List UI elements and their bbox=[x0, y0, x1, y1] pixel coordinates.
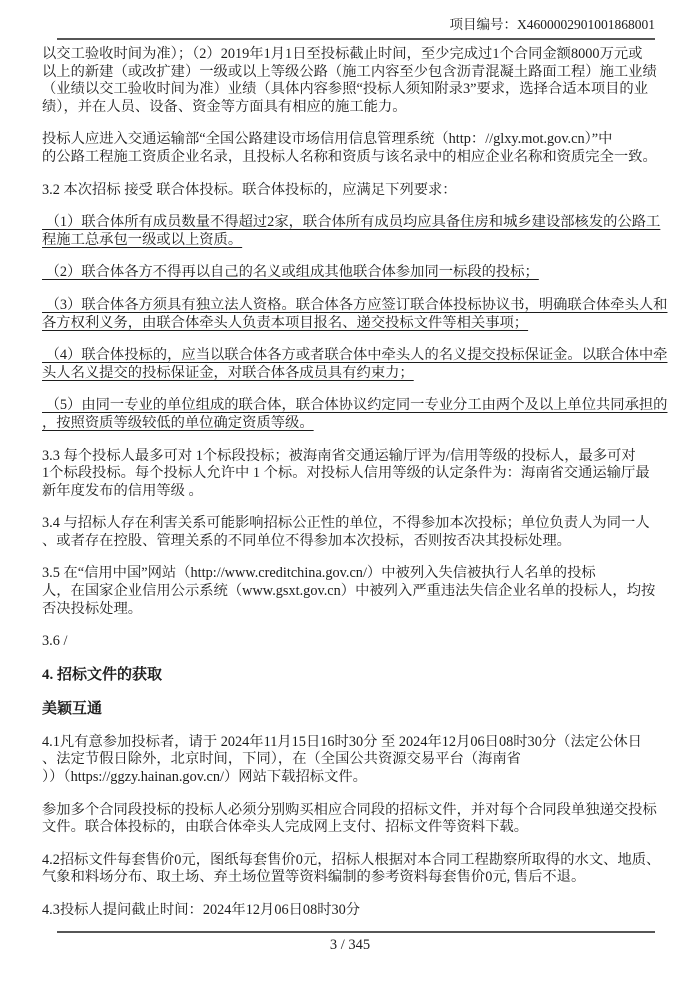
para-continued-qualification: 以交工验收时间为准）；（2）2019年1月1日至投标截止时间，至少完成过1个合同… bbox=[42, 46, 694, 116]
clause-3-2-jv-bidding: 3.2 本次招标 接受 联合体投标。联合体投标的，应满足下列要求： bbox=[42, 182, 694, 200]
clause-4-3-question-deadline: 4.3投标人提问截止时间：2024年12月06日08时30分 bbox=[42, 902, 694, 920]
clause-3-2-item-5: （5）由同一专业的单位组成的联合体，联合体协议约定同一专业分工由两个及以上单位共… bbox=[42, 397, 694, 432]
para-credit-info-system: 投标人应进入交通运输部“全国公路建设市场信用信息管理系统（http：//glxy… bbox=[42, 131, 694, 166]
clause-3-4-conflict-of-interest: 3.4 与招标人存在利害关系可能影响招标公正性的单位，不得参加本次投标；单位负责… bbox=[42, 515, 694, 550]
clause-3-6: 3.6 / bbox=[42, 633, 694, 651]
project-number-value: X4600002901001868001 bbox=[517, 17, 655, 32]
clause-3-2-item-3: （3）联合体各方须具有独立法人资格。联合体各方应签订联合体投标协议书，明确联合体… bbox=[42, 297, 694, 332]
document-page: 项目编号：X4600002901001868001 以交工验收时间为准）；（2）… bbox=[0, 0, 700, 990]
clause-3-3-bid-limit: 3.3 每个投标人最多可对 1个标段投标；被海南省交通运输厅评为/信用等级的投标… bbox=[42, 448, 694, 501]
page-header: 项目编号：X4600002901001868001 bbox=[57, 16, 655, 40]
clause-3-2-item-4: （4）联合体投标的，应当以联合体各方或者联合体中牵头人的名义提交投标保证金。以联… bbox=[42, 347, 694, 382]
clause-4-1-document-download: 4.1凡有意参加投标者，请于 2024年11月15日16时30分 至 2024年… bbox=[42, 734, 694, 787]
meiying-interchange-heading: 美颖互通 bbox=[42, 700, 694, 719]
clause-3-5-credit-blacklist: 3.5 在“信用中国”网站（http://www.creditchina.gov… bbox=[42, 565, 694, 618]
page-number: 3 / 345 bbox=[0, 936, 700, 954]
document-body: 以交工验收时间为准）；（2）2019年1月1日至投标截止时间，至少完成过1个合同… bbox=[42, 46, 694, 935]
project-number-label: 项目编号： bbox=[450, 17, 518, 32]
clause-4-2-document-price: 4.2招标文件每套售价0元，图纸每套售价0元，招标人根据对本合同工程勘察所取得的… bbox=[42, 852, 694, 887]
para-multi-contract-sections: 参加多个合同段投标的投标人必须分别购买相应合同段的招标文件，并对每个合同段单独递… bbox=[42, 802, 694, 837]
footer-divider bbox=[57, 931, 655, 933]
section-4-heading: 4. 招标文件的获取 bbox=[42, 666, 694, 685]
clause-3-2-item-1: （1）联合体所有成员数量不得超过2家，联合体所有成员均应具备住房和城乡建设部核发… bbox=[42, 214, 694, 249]
clause-3-2-item-2: （2）联合体各方不得再以自己的名义或组成其他联合体参加同一标段的投标； bbox=[42, 264, 694, 282]
